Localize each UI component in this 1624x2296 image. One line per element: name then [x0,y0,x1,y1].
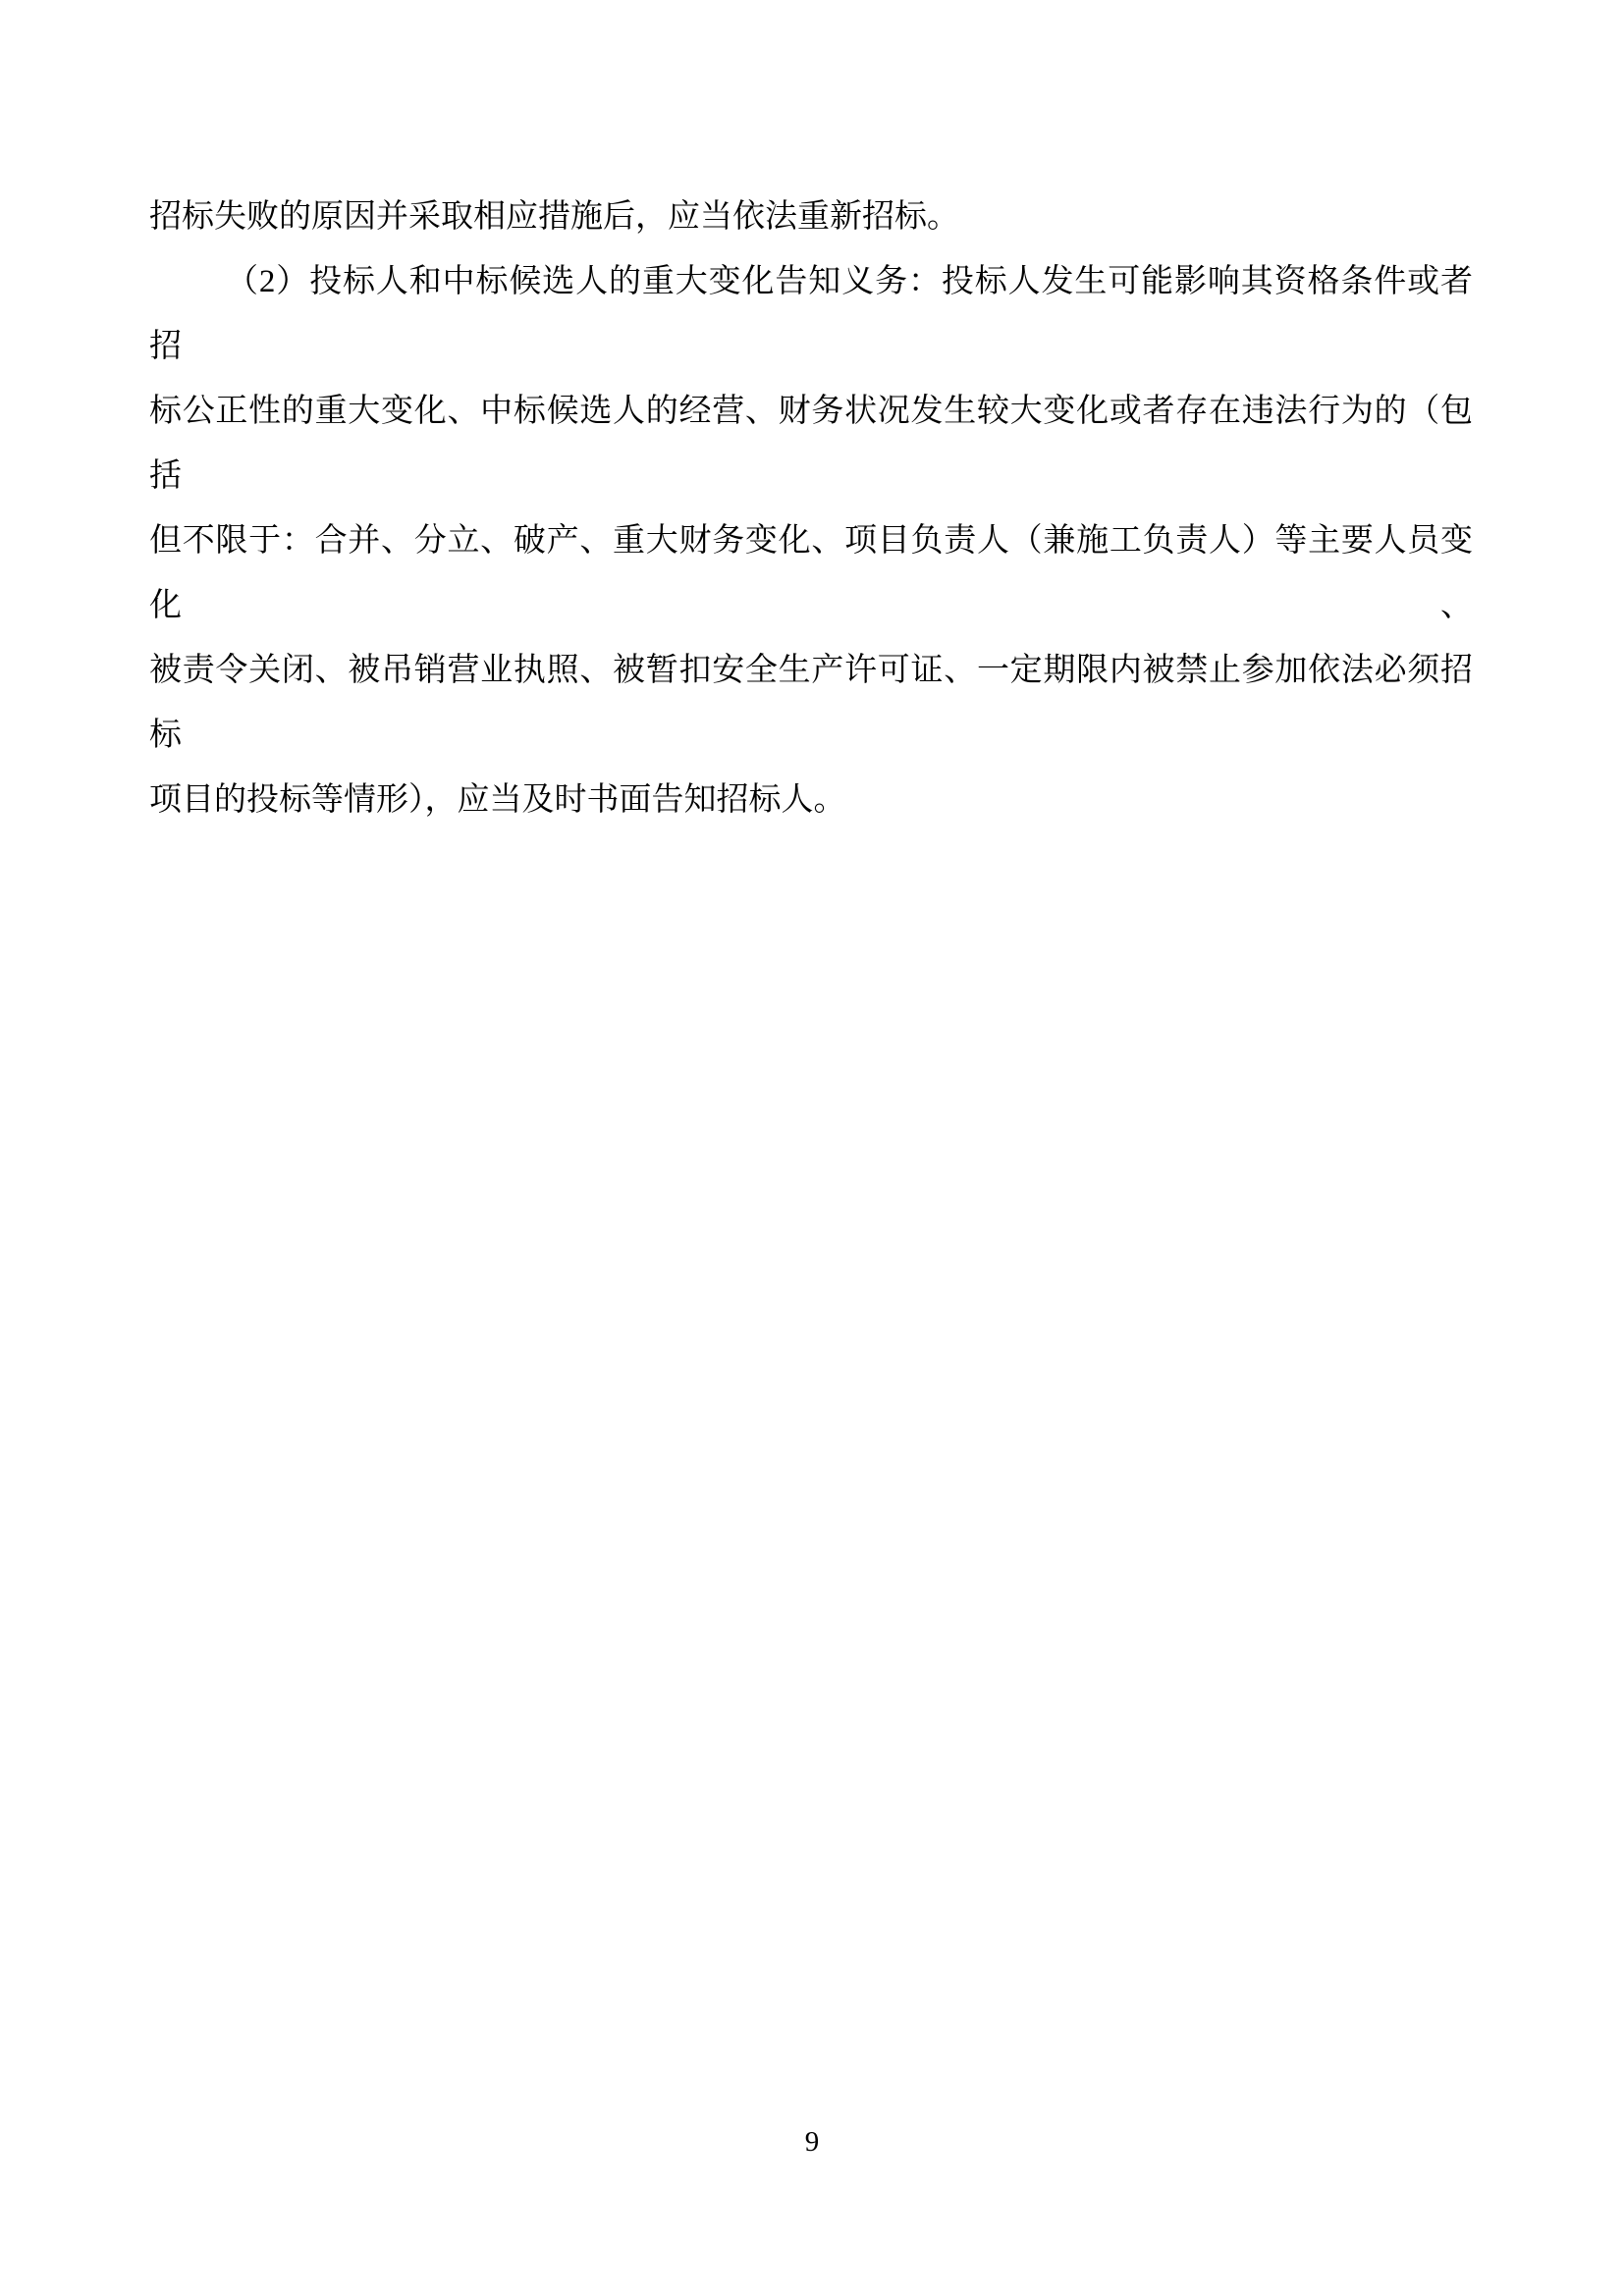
document-page: 招标失败的原因并采取相应措施后，应当依法重新招标。 （2）投标人和中标候选人的重… [0,0,1624,2296]
text-line: 但不限于：合并、分立、破产、重大财务变化、项目负责人（兼施工负责人）等主要人员变… [149,508,1473,638]
page-number: 9 [0,2122,1624,2162]
text-line: 被责令关闭、被吊销营业执照、被暂扣安全生产许可证、一定期限内被禁止参加依法必须招… [149,638,1473,768]
text-line: 标公正性的重大变化、中标候选人的经营、财务状况发生较大变化或者存在违法行为的（包… [149,379,1473,508]
body-text: 招标失败的原因并采取相应措施后，应当依法重新招标。 （2）投标人和中标候选人的重… [149,185,1473,832]
text-line: 招标失败的原因并采取相应措施后，应当依法重新招标。 [149,185,1473,249]
text-line: （2）投标人和中标候选人的重大变化告知义务：投标人发生可能影响其资格条件或者招 [149,249,1473,379]
text-line: 项目的投标等情形），应当及时书面告知招标人。 [149,768,1473,832]
